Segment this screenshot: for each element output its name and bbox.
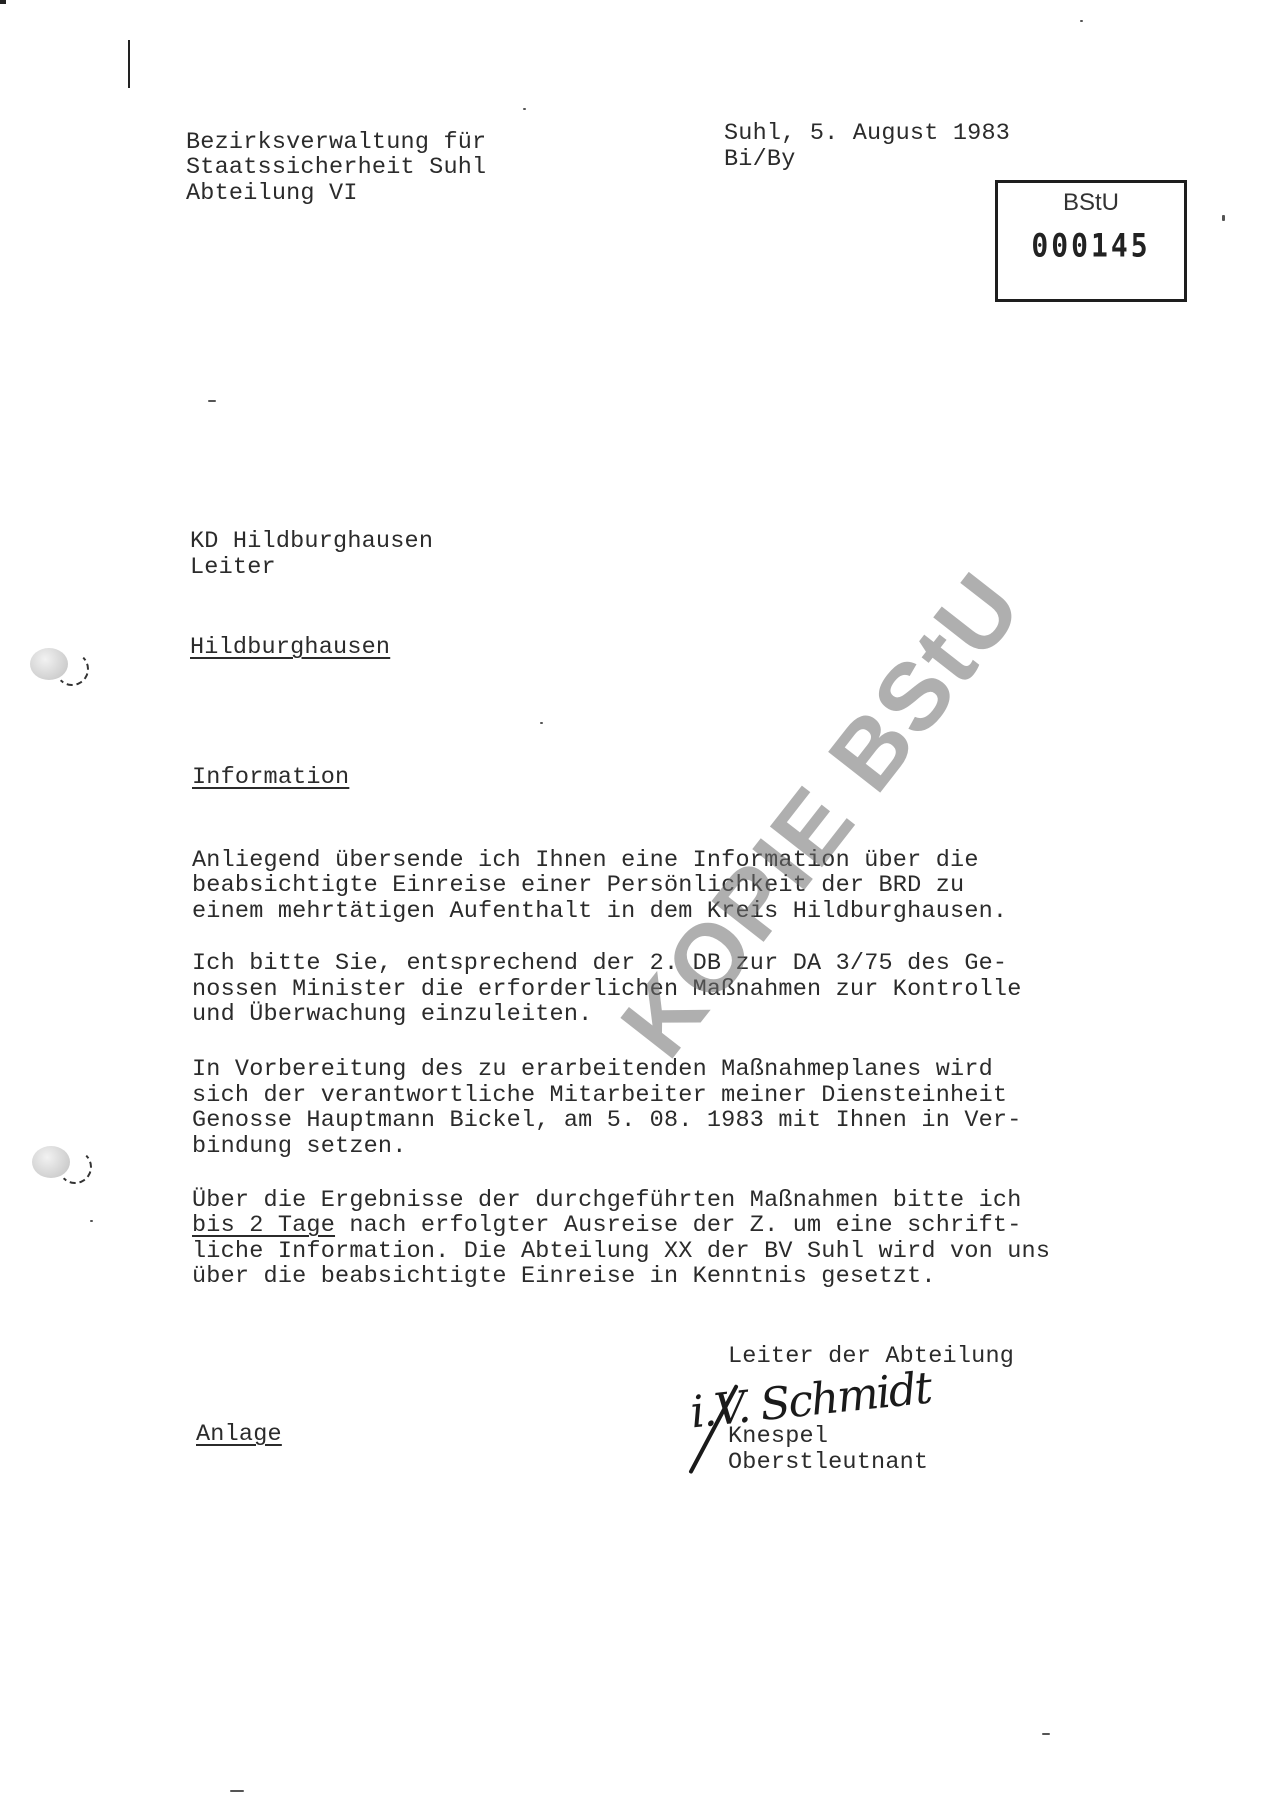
scan-mark (0, 0, 6, 4)
body-line: sich der verantwortliche Mitarbeiter mei… (192, 1083, 1007, 1109)
sender-line-3: Abteilung VI (186, 181, 358, 207)
body-line: beabsichtigte Einreise einer Persönlichk… (192, 873, 964, 899)
sender-line-1: Bezirksverwaltung für (186, 130, 486, 156)
scan-mark (128, 40, 130, 88)
body-line: einem mehrtätigen Aufenthalt in dem Krei… (192, 899, 1007, 925)
hole-punch-ring (58, 1150, 92, 1184)
speck (540, 722, 543, 724)
recipient-line-1: KD Hildburghausen (190, 529, 433, 555)
deadline-underlined: bis 2 Tage (192, 1212, 335, 1239)
speck (208, 400, 216, 402)
body-line: liche Information. Die Abteilung XX der … (192, 1239, 1050, 1265)
speck (230, 1790, 244, 1792)
speck (1042, 1733, 1050, 1735)
archive-stamp-label: BStU (998, 189, 1184, 217)
body-line: bis 2 Tage nach erfolgter Ausreise der Z… (192, 1213, 1022, 1239)
body-line-rest: nach erfolgter Ausreise der Z. um eine s… (335, 1212, 1022, 1239)
body-line: über die beabsichtigte Einreise in Kennt… (192, 1264, 936, 1290)
archive-stamp-number: 000145 (998, 227, 1184, 265)
body-line: Über die Ergebnisse der durchgeführten M… (192, 1188, 1022, 1214)
body-line: nossen Minister die erforderlichen Maßna… (192, 977, 1022, 1003)
signatory-rank: Oberstleutnant (728, 1450, 928, 1476)
recipient-line-2: Leiter (190, 555, 276, 581)
body-line: Ich bitte Sie, entsprechend der 2. DB zu… (192, 951, 1007, 977)
speck (1222, 215, 1225, 221)
body-line: und Überwachung einzuleiten. (192, 1002, 592, 1028)
signatory-name: Knespel (728, 1424, 828, 1450)
subject-heading: Information (192, 765, 349, 791)
speck (1080, 20, 1083, 22)
speck (523, 108, 526, 110)
closing-title: Leiter der Abteilung (728, 1344, 1014, 1370)
body-line: bindung setzen. (192, 1134, 407, 1160)
place-date: Suhl, 5. August 1983 (724, 121, 1010, 147)
body-line: Genosse Hauptmann Bickel, am 5. 08. 1983… (192, 1108, 1022, 1134)
reference-code: Bi/By (724, 147, 796, 173)
sender-line-2: Staatssicherheit Suhl (186, 155, 486, 181)
hole-punch-ring (55, 652, 89, 686)
recipient-city: Hildburghausen (190, 635, 390, 661)
speck (90, 1220, 93, 1222)
archive-stamp: BStU 000145 (995, 180, 1187, 302)
document-page: Bezirksverwaltung für Staatssicherheit S… (0, 0, 1280, 1809)
body-line: In Vorbereitung des zu erarbeitenden Maß… (192, 1057, 993, 1083)
enclosure-label: Anlage (196, 1422, 282, 1448)
